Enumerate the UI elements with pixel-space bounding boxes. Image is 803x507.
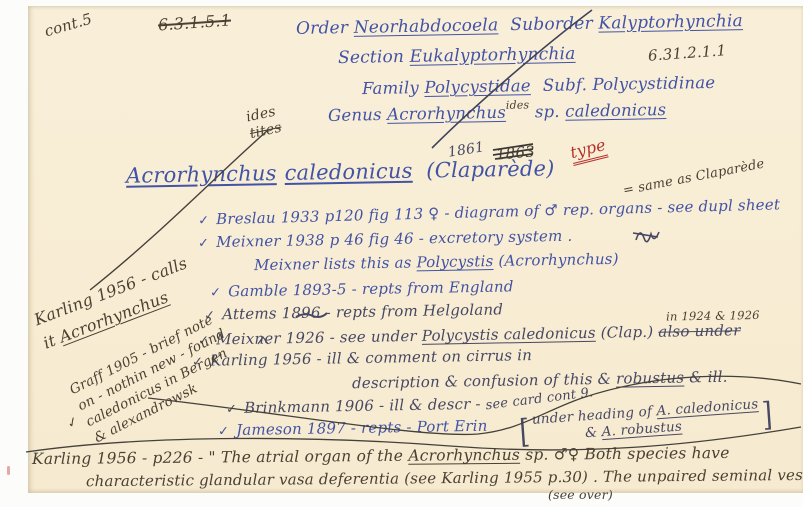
section-name: Eukalyptorhynchia	[410, 44, 576, 67]
checkmark-icon: ✓	[210, 285, 221, 301]
suborder-label: Suborder	[510, 14, 598, 36]
suborder-name: Kalyptorhynchia	[598, 11, 743, 34]
checkmark-icon: ✓	[226, 402, 237, 418]
bracket-close: ]	[758, 404, 776, 426]
family-name: Polycystidae	[424, 76, 531, 97]
checkmark-icon: ✓	[198, 213, 210, 230]
struck-text: also under	[658, 321, 741, 340]
inserted-years: in 1924 & 1926	[666, 308, 760, 324]
title-genus: Acrorhynchus	[126, 161, 277, 188]
bracket-open: [	[516, 421, 534, 443]
polycystis-name: Polycystis	[416, 252, 493, 271]
genus-name: Acrorhynchus	[387, 103, 506, 124]
acrorhynchus-name: Acrorhynchus	[408, 446, 520, 465]
genus-label: Genus	[328, 105, 387, 125]
checkmark-icon: ✓	[218, 424, 229, 440]
robustus-name: robustus	[616, 368, 684, 387]
scan-artifact	[7, 466, 10, 475]
suffix-correction: idestites	[245, 103, 284, 143]
sp-label: sp.	[529, 102, 565, 122]
checkmark-icon: ✓	[198, 236, 209, 252]
polycystis-caledonicus-name: Polycystis caledonicus	[422, 324, 596, 345]
order-name: Neorhabdocoela	[354, 15, 499, 38]
year-struck: 1863	[495, 142, 535, 164]
order-label: Order	[296, 18, 354, 39]
old-number-struck: 6.3.1.5.1	[157, 10, 231, 34]
subfamily-name: Subf. Polycystidinae	[543, 73, 716, 95]
taxonomy-section-line: Section Eukalyptorhynchia	[338, 44, 576, 69]
family-label: Family	[362, 78, 425, 98]
genus-insert: ides	[506, 98, 530, 111]
species-name: caledonicus	[565, 100, 666, 121]
see-over-note: (see over)	[548, 487, 613, 503]
section-label: Section	[338, 47, 410, 68]
title-species: caledonicus	[284, 159, 412, 185]
